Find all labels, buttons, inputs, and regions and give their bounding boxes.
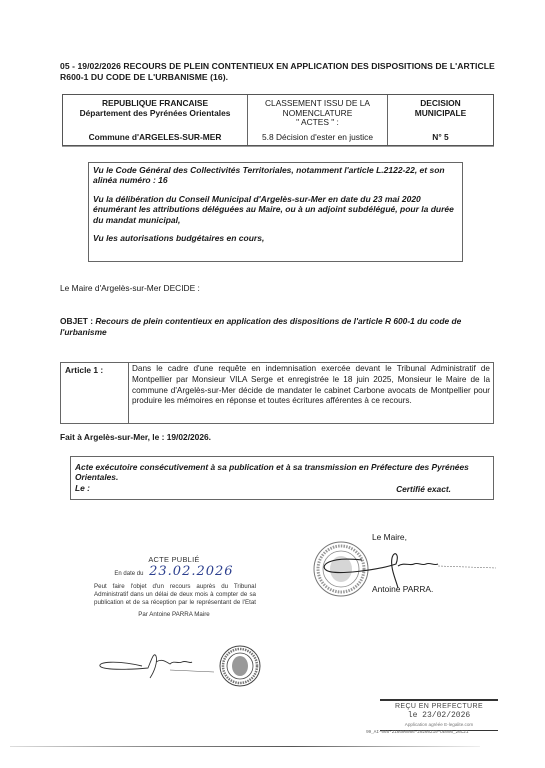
header-cell-commune: REPUBLIQUE FRANCAISE Département des Pyr… (63, 95, 247, 145)
certifie-exact: Certifié exact. (396, 484, 451, 494)
publication-date-label: En date du (114, 571, 143, 577)
signature-left-icon (96, 648, 216, 684)
fait-date: Fait à Argelès-sur-Mer, le : 19/02/2026. (60, 432, 211, 442)
header-cell-decision: DECISION MUNICIPALE N° 5 (387, 95, 493, 145)
objet-label: OBJET : (60, 316, 93, 326)
commune-label: Commune d'ARGELES-SUR-MER (63, 132, 247, 142)
republic-label: REPUBLIQUE FRANCAISE (63, 98, 247, 108)
vu-item: Vu la délibération du Conseil Municipal … (93, 194, 458, 225)
classification-line3: " ACTES " : (248, 118, 387, 126)
article-1-table: Article 1 : Dans le cadre d'une requête … (60, 362, 494, 424)
header-table: REPUBLIQUE FRANCAISE Département des Pyr… (62, 94, 494, 146)
publication-date-line: En date du 23.02.2026 (84, 568, 264, 578)
mayor-title: Le Maire, (372, 532, 407, 542)
publication-title: ACTE PUBLIÉ (84, 556, 264, 564)
prefecture-stamp-title: REÇU EN PREFECTURE (380, 702, 498, 711)
prefecture-stamp-app: Application agréée E-legalite.com (380, 720, 498, 729)
scan-artifact-line (10, 746, 480, 747)
objet-text: Recours de plein contentieux en applicat… (60, 316, 461, 337)
decide-statement: Le Maire d'Argelès-sur-Mer DECIDE : (60, 283, 200, 293)
classification-line1: CLASSEMENT ISSU DE LA (248, 98, 387, 108)
municipal-seal-icon (218, 644, 262, 688)
prefecture-stamp-date: le 23/02/2026 (380, 711, 498, 720)
vu-box: Vu le Code Général des Collectivités Ter… (88, 162, 463, 262)
vu-item: Vu le Code Général des Collectivités Ter… (93, 165, 458, 186)
publication-stamp: ACTE PUBLIÉ En date du 23.02.2026 Peut f… (84, 556, 264, 619)
vu-item: Vu les autorisations budgétaires en cour… (93, 233, 458, 243)
article-1-label: Article 1 : (61, 363, 129, 423)
objet-line: OBJET : Recours de plein contentieux en … (60, 316, 500, 337)
prefecture-stamp: REÇU EN PREFECTURE le 23/02/2026 Applica… (380, 698, 498, 732)
article-1-text: Dans le cadre d'une requête en indemnisa… (129, 363, 493, 423)
document-title: 05 - 19/02/2026 RECOURS DE PLEIN CONTENT… (60, 61, 500, 83)
publication-by: Par Antoine PARRA Maire (84, 611, 264, 619)
decision-number: N° 5 (388, 132, 493, 142)
stamp-bar (380, 699, 498, 701)
decision-label: DECISION (388, 98, 493, 108)
municipale-label: MUNICIPALE (388, 108, 493, 118)
executoire-text: Acte exécutoire consécutivement à sa pub… (75, 462, 489, 483)
department-label: Département des Pyrénées Orientales (63, 108, 247, 118)
publication-date-handwritten: 23.02.2026 (149, 564, 233, 579)
publication-body: Peut faire l'objet d'un recours auprès d… (84, 583, 264, 607)
prefecture-stamp-id: 99_AI-066-216600086-20260219-DE005_26C21 (366, 730, 468, 735)
classification-code: 5.8 Décision d'ester en justice (248, 132, 387, 142)
header-cell-classification: CLASSEMENT ISSU DE LA NOMENCLATURE " ACT… (247, 95, 387, 145)
executoire-box: Acte exécutoire consécutivement à sa pub… (70, 456, 494, 500)
mayor-name: Antoine PARRA. (372, 584, 433, 594)
